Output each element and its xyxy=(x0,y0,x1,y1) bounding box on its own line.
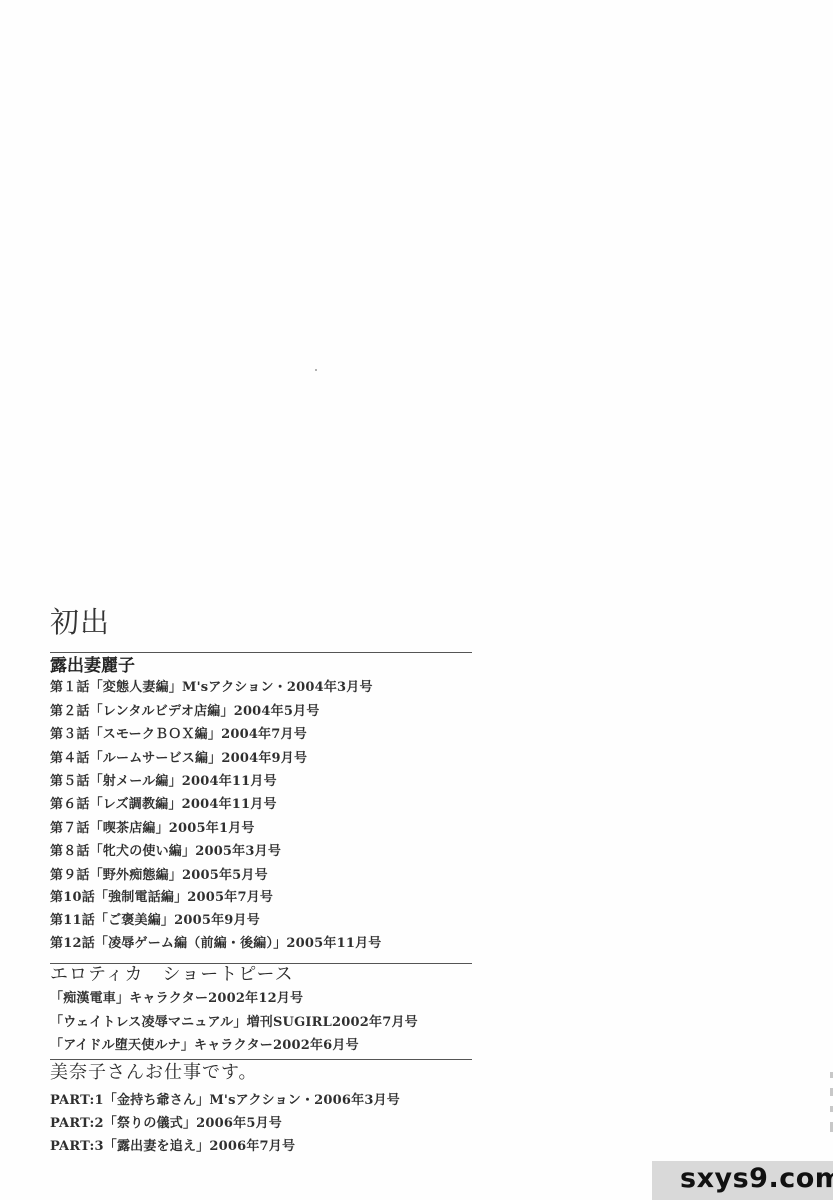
list-item: 第６話「レズ調教編」2004年11月号 xyxy=(50,796,277,814)
watermark-text: sxys9.com xyxy=(680,1160,833,1198)
list-item: 「ウェイトレス凌辱マニュアル」増刊SUGIRL2002年7月号 xyxy=(50,1014,418,1032)
section-heading-roshutsu-zuma-reiko: 露出妻麗子 xyxy=(50,655,135,677)
list-item: 第９話「野外痴態編」2005年5月号 xyxy=(50,867,268,885)
list-item: 第４話「ルームサービス編」2004年9月号 xyxy=(50,750,307,768)
section-heading-erotica-short-piece: エロティカ ショートピース xyxy=(50,964,294,986)
list-item: 第７話「喫茶店編」2005年1月号 xyxy=(50,820,255,838)
list-item: 第12話「凌辱ゲーム編（前編・後編）」2005年11月号 xyxy=(50,935,381,953)
dust-speck xyxy=(315,369,317,371)
section-heading-minako-san: 美奈子さんお仕事です。 xyxy=(50,1062,258,1084)
list-item: 「痴漢電車」キャラクター2002年12月号 xyxy=(50,990,303,1008)
list-item: PART:3「露出妻を追え」2006年7月号 xyxy=(50,1138,295,1156)
divider-rule xyxy=(50,652,472,653)
list-item: 第１話「変態人妻編」M'sアクション・2004年3月号 xyxy=(50,679,373,697)
divider-rule xyxy=(50,1059,472,1060)
list-item: 「アイドル堕天使ルナ」キャラクター2002年6月号 xyxy=(50,1037,359,1055)
book-page: 初出 露出妻麗子 第１話「変態人妻編」M'sアクション・2004年3月号 第２話… xyxy=(0,0,833,1200)
list-item: 第８話「牝犬の使い編」2005年3月号 xyxy=(50,843,281,861)
list-item: 第11話「ご褒美編」2005年9月号 xyxy=(50,912,260,930)
list-item: 第５話「射メール編」2004年11月号 xyxy=(50,773,277,791)
list-item: PART:1「金持ち爺さん」M'sアクション・2006年3月号 xyxy=(50,1092,400,1110)
list-item: 第２話「レンタルビデオ店編」2004年5月号 xyxy=(50,703,320,721)
list-item: 第10話「強制電話編」2005年7月号 xyxy=(50,889,273,907)
page-title: 初出 xyxy=(50,604,110,640)
list-item: 第３話「スモークＢＯＸ編」2004年7月号 xyxy=(50,726,307,744)
list-item: PART:2「祭りの儀式」2006年5月号 xyxy=(50,1115,282,1133)
